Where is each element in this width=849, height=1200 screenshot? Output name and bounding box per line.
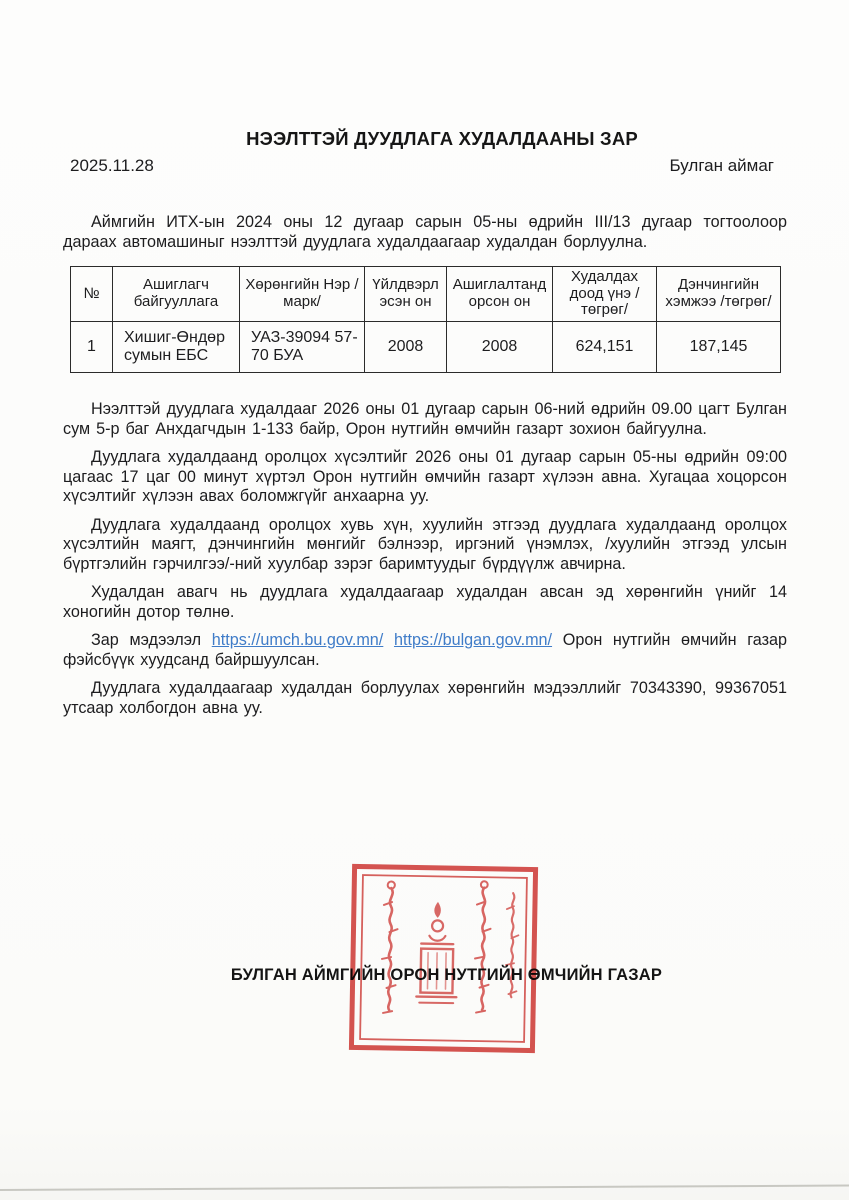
body-paragraphs: Нээлттэй дуудлага худалдааг 2026 оны 01 … xyxy=(63,400,787,727)
links-paragraph-prefix: Зар мэдээлэл xyxy=(91,631,201,649)
asset-row: 1 Хишиг-Өндөр сумын ЕБС УАЗ-39094 57-70 … xyxy=(71,321,781,372)
table-header-row: № Ашиглагч байгууллага Хөрөнгийн Нэр /ма… xyxy=(71,267,781,322)
required-documents-paragraph: Дуудлага худалдаанд оролцох хувь хүн, ху… xyxy=(63,516,787,575)
mongol-script-column-left xyxy=(381,881,398,1013)
cell-user-org: Хишиг-Өндөр сумын ЕБС xyxy=(113,321,240,372)
soyombo-emblem-icon xyxy=(416,902,458,1004)
scanned-document-page: НЭЭЛТТЭЙ ДУУДЛАГА ХУДАЛДААНЫ ЗАР 2025.11… xyxy=(0,0,849,1200)
col-header-deposit: Дэнчингийн хэмжээ /төгрөг/ xyxy=(657,267,781,322)
document-title: НЭЭЛТТЭЙ ДУУДЛАГА ХУДАЛДААНЫ ЗАР xyxy=(60,128,824,150)
dateline: 2025.11.28 Булган аймаг xyxy=(70,156,774,176)
col-header-user-org: Ашиглагч байгууллага xyxy=(113,267,240,322)
auction-datetime-paragraph: Нээлттэй дуудлага худалдааг 2026 оны 01 … xyxy=(63,400,787,439)
cell-asset-name: УАЗ-39094 57-70 БУА xyxy=(240,321,365,372)
col-header-asset-name: Хөрөнгийн Нэр /марк/ xyxy=(240,267,365,322)
cell-number: 1 xyxy=(71,321,113,372)
payment-terms-paragraph: Худалдан авагч нь дуудлага худалдаагаар … xyxy=(63,583,787,622)
col-header-year-commissioned: Ашиглалтанд орсон он xyxy=(447,267,553,322)
contact-phones-paragraph: Дуудлага худалдаагаар худалдан борлуулах… xyxy=(63,679,787,718)
document-date: 2025.11.28 xyxy=(70,156,154,176)
mongol-script-column-middle xyxy=(474,881,491,1013)
stamp-graphic xyxy=(347,862,540,1055)
cell-min-price: 624,151 xyxy=(553,321,657,372)
assets-table: № Ашиглагч байгууллага Хөрөнгийн Нэр /ма… xyxy=(70,266,781,373)
col-header-year-made: Үйлдвэрлэсэн он xyxy=(365,267,447,322)
link-bulgan-gov[interactable]: https://bulgan.gov.mn/ xyxy=(394,631,552,649)
aimag-label: Булган аймаг xyxy=(669,156,774,176)
col-header-min-price: Худалдах доод үнэ /төгрөг/ xyxy=(553,267,657,322)
request-deadline-paragraph: Дуудлага худалдаанд оролцох хүсэлтийг 20… xyxy=(63,448,787,507)
info-links-paragraph: Зар мэдээлэл https://umch.bu.gov.mn/ htt… xyxy=(63,631,787,670)
official-stamp xyxy=(347,862,540,1055)
scan-page-edge xyxy=(0,1184,849,1190)
stamp-border xyxy=(351,866,535,1050)
intro-paragraph: Аймгийн ИТХ-ын 2024 оны 12 дугаар сарын … xyxy=(63,213,787,252)
cell-year-commissioned: 2008 xyxy=(447,321,553,372)
link-umch-bu-gov[interactable]: https://umch.bu.gov.mn/ xyxy=(212,631,384,649)
mongol-script-column-right xyxy=(505,893,519,997)
col-header-number: № xyxy=(71,267,113,322)
cell-year-made: 2008 xyxy=(365,321,447,372)
cell-deposit: 187,145 xyxy=(657,321,781,372)
